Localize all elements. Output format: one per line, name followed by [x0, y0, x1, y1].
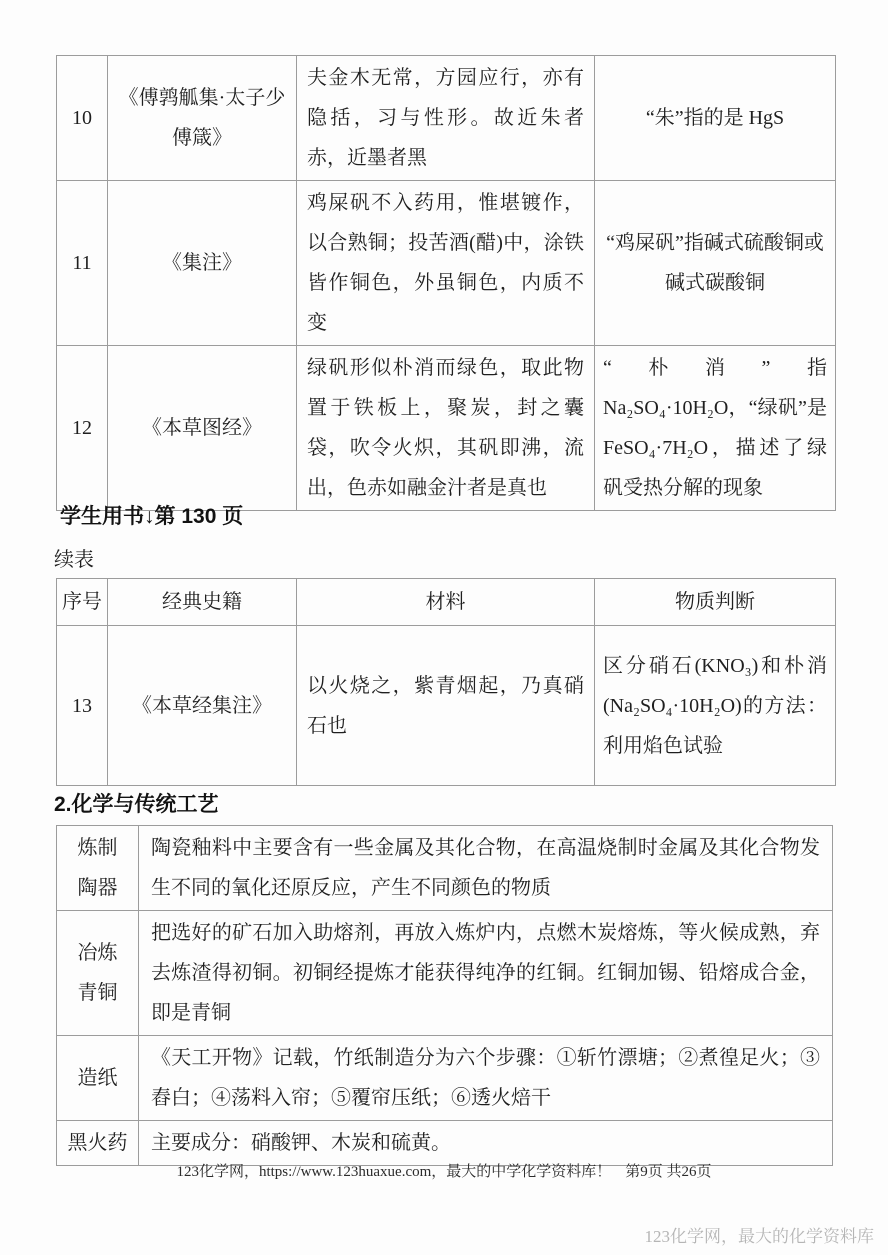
continued-table-label: 续表	[54, 543, 94, 572]
table-row: 10 《傅鹑觚集·太子少傅箴》 夫金木无常，方园应行，亦有隐括，习与性形。故近朱…	[57, 56, 836, 181]
footer-site-text: 123化学网，https://www.123huaxue.com，最大的中学化学…	[176, 1164, 611, 1180]
watermark: 123化学网，最大的化学资料库	[645, 1222, 875, 1247]
book-title-cell: 《傅鹑觚集·太子少傅箴》	[108, 56, 297, 181]
material-cell: 以火烧之，紫青烟起，乃真硝石也	[297, 626, 595, 786]
table-header-row: 序号 经典史籍 材料 物质判断	[57, 579, 836, 626]
column-header-material: 材料	[297, 579, 595, 626]
judgment-cell: “朴消”指 Na₂SO₄·10H₂O，“绿矾”是 FeSO₄·7H₂O，描述了绿…	[595, 346, 836, 511]
classics-table: 10 《傅鹑觚集·太子少傅箴》 夫金木无常，方园应行，亦有隐括，习与性形。故近朱…	[56, 55, 836, 511]
document-page: 10 《傅鹑觚集·太子少傅箴》 夫金木无常，方园应行，亦有隐括，习与性形。故近朱…	[0, 0, 888, 1255]
table-row: 黑火药 主要成分：硝酸钾、木炭和硫黄。	[57, 1121, 833, 1166]
book-title-cell: 《集注》	[108, 181, 297, 346]
table-row: 12 《本草图经》 绿矾形似朴消而绿色，取此物置于铁板上，聚炭，封之囊袋，吹令火…	[57, 346, 836, 511]
row-number-cell: 10	[57, 56, 108, 181]
craft-label-cell: 黑火药	[57, 1121, 139, 1166]
row-number-cell: 12	[57, 346, 108, 511]
material-cell: 鸡屎矾不入药用，惟堪镀作，以合熟铜；投苦酒(醋)中，涂铁皆作铜色，外虽铜色，内质…	[297, 181, 595, 346]
book-title-cell: 《本草图经》	[108, 346, 297, 511]
crafts-table: 炼制 陶器 陶瓷釉料中主要含有一些金属及其化合物，在高温烧制时金属及其化合物发生…	[56, 825, 833, 1166]
judgment-cell: “鸡屎矾”指碱式硫酸铜或碱式碳酸铜	[595, 181, 836, 346]
student-book-page-ref: 学生用书↓第 130 页	[60, 500, 243, 530]
craft-content-cell: 把选好的矿石加入助熔剂，再放入炼炉内，点燃木炭熔炼，等火候成熟，弃去炼渣得初铜。…	[139, 911, 833, 1036]
material-cell: 夫金木无常，方园应行，亦有隐括，习与性形。故近朱者赤，近墨者黑	[297, 56, 595, 181]
craft-content-cell: 主要成分：硝酸钾、木炭和硫黄。	[139, 1121, 833, 1166]
row-number-cell: 11	[57, 181, 108, 346]
table-row: 炼制 陶器 陶瓷釉料中主要含有一些金属及其化合物，在高温烧制时金属及其化合物发生…	[57, 826, 833, 911]
column-header-judgment: 物质判断	[595, 579, 836, 626]
row-number-cell: 13	[57, 626, 108, 786]
footer-page-indicator: 第9页 共26页	[625, 1164, 711, 1180]
column-header-no: 序号	[57, 579, 108, 626]
craft-label-cell: 炼制 陶器	[57, 826, 139, 911]
table-row: 11 《集注》 鸡屎矾不入药用，惟堪镀作，以合熟铜；投苦酒(醋)中，涂铁皆作铜色…	[57, 181, 836, 346]
craft-content-cell: 《天工开物》记载，竹纸制造分为六个步骤：①斩竹漂塘；②煮徨足火；③舂白；④荡料入…	[139, 1036, 833, 1121]
judgment-cell: 区分硝石(KNO₃)和朴消(Na₂SO₄·10H₂O)的方法：利用焰色试验	[595, 626, 836, 786]
craft-content-cell: 陶瓷釉料中主要含有一些金属及其化合物，在高温烧制时金属及其化合物发生不同的氧化还…	[139, 826, 833, 911]
page-footer: 123化学网，https://www.123huaxue.com，最大的中学化学…	[0, 1160, 888, 1181]
material-cell: 绿矾形似朴消而绿色，取此物置于铁板上，聚炭，封之囊袋，吹令火炽，其矾即沸，流出，…	[297, 346, 595, 511]
table-row: 13 《本草经集注》 以火烧之，紫青烟起，乃真硝石也 区分硝石(KNO₃)和朴消…	[57, 626, 836, 786]
table-row: 冶炼 青铜 把选好的矿石加入助熔剂，再放入炼炉内，点燃木炭熔炼，等火候成熟，弃去…	[57, 911, 833, 1036]
book-title-cell: 《本草经集注》	[108, 626, 297, 786]
craft-label-cell: 造纸	[57, 1036, 139, 1121]
judgment-cell: “朱”指的是 HgS	[595, 56, 836, 181]
classics-table-continued: 序号 经典史籍 材料 物质判断 13 《本草经集注》 以火烧之，紫青烟起，乃真硝…	[56, 578, 836, 786]
section-title: 2.化学与传统工艺	[54, 788, 219, 818]
table-row: 造纸 《天工开物》记载，竹纸制造分为六个步骤：①斩竹漂塘；②煮徨足火；③舂白；④…	[57, 1036, 833, 1121]
column-header-book: 经典史籍	[108, 579, 297, 626]
craft-label-cell: 冶炼 青铜	[57, 911, 139, 1036]
